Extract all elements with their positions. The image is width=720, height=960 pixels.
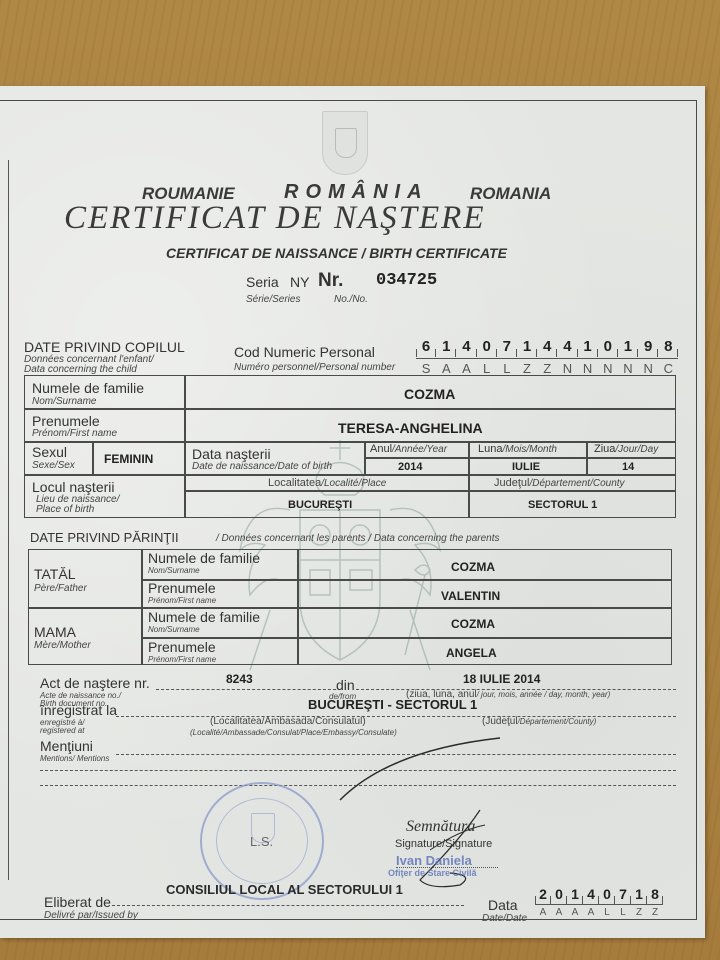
county-hint-text: (Judeţul — [482, 716, 518, 727]
county-label: Judeţul — [494, 477, 529, 489]
digit-code: C — [658, 361, 678, 376]
father-firstname-value: VALENTIN — [441, 589, 500, 603]
digit: 1 — [631, 886, 647, 902]
child-section-sub-en: Data concerning the child — [24, 364, 137, 375]
digit-code: Z — [517, 361, 537, 376]
coat-of-arms-icon — [322, 111, 368, 175]
child-table-divider — [184, 375, 186, 518]
child-year-value: 2014 — [398, 461, 422, 473]
cnp-codes: SAALLZZNNNNNC — [416, 361, 678, 376]
series-label: Seria — [246, 274, 279, 290]
child-month-value: IULIE — [512, 461, 540, 473]
parents-section-title: DATE PRIVIND PĂRINŢII — [30, 530, 179, 545]
child-pob-label: Locul naşterii — [32, 479, 115, 495]
place-hint: (Localitatea/Ambasada/Consulatul) — [210, 716, 366, 727]
child-section-title: DATE PRIVIND COPILUL — [24, 339, 185, 355]
date-sub: Date/Date — [482, 913, 527, 924]
act-line — [156, 689, 336, 690]
mother-surname-sub: Nom/Surname — [148, 625, 200, 634]
month-label: Luna — [478, 443, 502, 455]
digit: 1 — [618, 338, 638, 355]
digit-code: Z — [631, 907, 647, 918]
parents-table-line — [28, 607, 672, 609]
locality-sub: /Localité/Place — [321, 478, 386, 489]
cnp-label: Cod Numeric Personal — [234, 344, 375, 360]
digit: 0 — [599, 886, 615, 902]
cnp-baseline — [416, 358, 678, 359]
county-hint-sub: /Département/County) — [518, 717, 597, 726]
digit-code: N — [638, 361, 658, 376]
date-hint-sub: / jour, mois, année / day, month, year) — [477, 690, 611, 699]
mother-surname-label: Numele de familie — [148, 609, 260, 625]
date-label: Data — [488, 897, 518, 913]
registered-sub2: registered at — [40, 726, 84, 735]
child-locality-label: Localitatea/Localité/Place — [268, 477, 386, 489]
digit-code: L — [477, 361, 497, 376]
issued-sub: Delivré par/Issued by — [44, 910, 138, 921]
digit-code: L — [615, 907, 631, 918]
child-table-divider — [468, 441, 470, 518]
digit-code: N — [578, 361, 598, 376]
digit-code: Z — [537, 361, 557, 376]
number-value: 034725 — [376, 271, 437, 290]
mother-label: MAMA — [34, 624, 76, 640]
digit-code: N — [598, 361, 618, 376]
from-value: 18 IULIE 2014 — [463, 672, 540, 686]
digit-code: A — [535, 907, 551, 918]
child-table-line — [24, 408, 676, 410]
digit: 4 — [583, 886, 599, 902]
child-pob-sub2: Place of birth — [36, 504, 94, 515]
child-table — [24, 375, 676, 518]
digit: 1 — [578, 338, 598, 355]
child-sex-label: Sexul — [32, 444, 67, 460]
child-county-label: Judeţul/Département/County — [494, 477, 625, 489]
digit-code: A — [551, 907, 567, 918]
child-day-label: Ziua/Jour/Day — [594, 443, 658, 455]
digit: 2 — [535, 886, 551, 902]
child-firstname-sub: Prénom/First name — [32, 428, 117, 439]
child-surname-value: COZMA — [404, 386, 455, 402]
digit-code: Z — [647, 907, 663, 918]
digit: 1 — [517, 338, 537, 355]
signature-sub: Signature/Signature — [395, 838, 492, 850]
mother-sub: Mère/Mother — [34, 640, 91, 651]
digit: 8 — [658, 338, 678, 355]
digit: 6 — [416, 338, 436, 355]
child-dob-sub: Date de naissance/Date of birth — [192, 461, 332, 472]
digit-code: A — [567, 907, 583, 918]
child-dob-label: Data naşterii — [192, 446, 271, 462]
child-sex-sub: Sexe/Sex — [32, 460, 75, 471]
digit-code: N — [618, 361, 638, 376]
month-sub: /Mois/Month — [502, 444, 556, 455]
digit-code: A — [583, 907, 599, 918]
issued-value: CONSILIUL LOCAL AL SECTORULUI 1 — [166, 882, 403, 897]
digit: 0 — [551, 886, 567, 902]
child-county-value: SECTORUL 1 — [528, 499, 597, 511]
locality-label: Localitatea — [268, 477, 321, 489]
child-month-label: Luna/Mois/Month — [478, 443, 557, 455]
child-table-line — [364, 457, 676, 459]
child-firstname-label: Prenumele — [32, 413, 100, 429]
year-sub: /Année/Year — [392, 444, 447, 455]
issued-line — [112, 905, 464, 906]
digit-code: A — [456, 361, 476, 376]
digit: 4 — [557, 338, 577, 355]
digit: 0 — [477, 338, 497, 355]
series-sub: Série/Series — [246, 294, 300, 305]
parents-table-line — [141, 579, 672, 581]
digit-code: L — [497, 361, 517, 376]
issue-date-baseline — [535, 904, 663, 905]
mother-firstname-sub: Prénom/First name — [148, 655, 216, 664]
father-surname-value: COZMA — [451, 560, 495, 574]
father-firstname-sub: Prénom/First name — [148, 596, 216, 605]
registered-value: BUCUREŞTI - SECTORUL 1 — [308, 697, 477, 712]
officer-name: Ivan Daniela — [396, 853, 472, 868]
number-label: Nr. — [318, 270, 343, 292]
child-firstname-value: TERESA-ANGHELINA — [338, 420, 483, 436]
day-sub: /Jour/Day — [615, 444, 658, 455]
child-surname-label: Numele de familie — [32, 380, 144, 396]
digit: 9 — [638, 338, 658, 355]
digit-code: N — [557, 361, 577, 376]
signature-label: Semnătura — [406, 818, 475, 836]
stamp-text: L.S. — [250, 834, 273, 849]
digit: 7 — [615, 886, 631, 902]
father-surname-label: Numele de familie — [148, 550, 260, 566]
county-hint: (Judeţul/Département/County) — [482, 716, 596, 727]
digit: 4 — [537, 338, 557, 355]
from-label: din — [336, 677, 355, 693]
child-year-label: Anul/Année/Year — [370, 443, 447, 455]
child-sex-value: FEMININ — [104, 452, 153, 466]
year-label: Anul — [370, 443, 392, 455]
document-subtitle: CERTIFICAT DE NAISSANCE / BIRTH CERTIFIC… — [166, 245, 507, 261]
county-sub: /Département/County — [529, 478, 624, 489]
digit-code: A — [436, 361, 456, 376]
digit: 8 — [647, 886, 663, 902]
mother-surname-value: COZMA — [451, 617, 495, 631]
father-sub: Père/Father — [34, 583, 87, 594]
child-table-line — [184, 490, 676, 492]
child-table-divider — [92, 441, 94, 474]
digit: 0 — [598, 338, 618, 355]
digit: 1 — [567, 886, 583, 902]
issued-label: Eliberat de — [44, 894, 111, 910]
act-label: Act de naştere nr. — [40, 675, 150, 691]
digit: 1 — [436, 338, 456, 355]
parents-section-sub: / Données concernant les parents / Data … — [216, 533, 500, 544]
digit: 7 — [497, 338, 517, 355]
child-surname-sub: Nom/Surname — [32, 396, 96, 407]
child-locality-value: BUCUREŞTI — [288, 499, 352, 511]
document-frame-left — [8, 160, 9, 880]
child-table-line — [24, 474, 676, 476]
mentions-sub: Mentions/ Mentions — [40, 754, 109, 763]
father-surname-sub: Nom/Surname — [148, 566, 200, 575]
act-value: 8243 — [226, 672, 253, 686]
number-sub: No./No. — [334, 294, 368, 305]
father-firstname-label: Prenumele — [148, 580, 216, 596]
child-day-value: 14 — [622, 461, 634, 473]
cnp-sub: Numéro personnel/Personal number — [234, 362, 395, 373]
digit-code: L — [599, 907, 615, 918]
parents-table-line — [141, 637, 672, 639]
cnp-digits: 6140714410198 — [416, 338, 678, 355]
child-table-line — [24, 441, 676, 443]
officer-title: Ofiţer de Stare Civilă — [388, 868, 477, 878]
document-title: CERTIFICAT DE NAŞTERE — [64, 200, 486, 237]
mother-firstname-label: Prenumele — [148, 639, 216, 655]
digit: 4 — [456, 338, 476, 355]
registered-label: înregistrat la — [40, 702, 117, 718]
issue-date-codes: AAAALLZZ — [535, 907, 663, 918]
father-label: TATĂL — [34, 566, 76, 582]
mentions-label: Menţiuni — [40, 738, 93, 754]
day-label: Ziua — [594, 443, 615, 455]
issue-date-digits: 20140718 — [535, 886, 663, 902]
series-value: NY — [290, 274, 309, 290]
mother-firstname-value: ANGELA — [446, 646, 497, 660]
digit-code: S — [416, 361, 436, 376]
